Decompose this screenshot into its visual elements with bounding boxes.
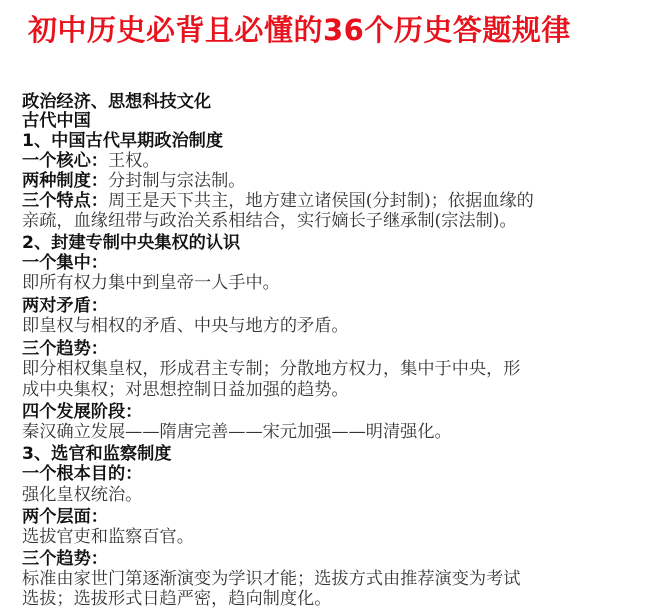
line-heading: 一个根本目的： [22,464,142,484]
document-line: 3、选官和监察制度 [22,444,171,464]
line-text: 选拔官吏和监察百官。 [22,527,194,547]
document-line: 一个集中： [22,253,108,273]
document-line: 一个核心：王权。 [22,151,160,171]
document-line: 亲疏，血缘纽带与政治关系相结合，实行嫡长子继承制(宗法制)。 [22,211,517,231]
line-text: 即所有权力集中到皇帝一人手中。 [22,273,280,293]
document-line: 秦汉确立发展——隋唐完善——宋元加强——明清强化。 [22,422,452,442]
line-heading: 四个发展阶段： [22,402,142,422]
document-line: 标准由家世门第逐渐演变为学识才能；选拔方式由推荐演变为考试 [22,569,520,589]
line-text: 分封制与宗法制。 [108,171,246,191]
document-line: 两对矛盾： [22,296,108,316]
document-line: 1、中国古代早期政治制度 [22,131,223,151]
line-text: 即分相权集皇权，形成君主专制；分散地方权力，集中于中央，形 [22,359,520,379]
line-text: 周王是天下共主，地方建立诸侯国(分封制)；依据血缘的 [108,191,534,211]
line-heading: 两种制度： [22,171,108,191]
document-line: 强化皇权统治。 [22,485,142,505]
document-line: 两种制度：分封制与宗法制。 [22,171,245,191]
document-line: 三个趋势： [22,549,108,569]
line-heading: 三个趋势： [22,339,108,359]
document-line: 2、封建专制中央集权的认识 [22,233,240,253]
document-line: 三个特点：周王是天下共主，地方建立诸侯国(分封制)；依据血缘的 [22,191,534,211]
document-line: 即所有权力集中到皇帝一人手中。 [22,273,280,293]
document-line: 三个趋势： [22,339,108,359]
document-title: 初中历史必背且必懂的36个历史答题规律 [28,8,571,49]
line-heading: 三个特点： [22,191,108,211]
line-heading: 2、封建专制中央集权的认识 [22,233,240,253]
line-text: 秦汉确立发展——隋唐完善——宋元加强——明清强化。 [22,422,452,442]
document-line: 即皇权与相权的矛盾、中央与地方的矛盾。 [22,316,349,336]
document-line: 政治经济、思想科技文化 [22,92,211,112]
line-text: 王权。 [108,151,160,171]
line-heading: 一个集中： [22,253,108,273]
line-heading: 政治经济、思想科技文化 [22,92,211,112]
line-text: 选拔；选拔形式日趋严密，趋向制度化。 [22,589,331,609]
line-text: 标准由家世门第逐渐演变为学识才能；选拔方式由推荐演变为考试 [22,569,520,589]
line-heading: 1、中国古代早期政治制度 [22,131,223,151]
line-heading: 古代中国 [22,111,91,131]
document-line: 一个根本目的： [22,464,142,484]
line-text: 成中央集权；对思想控制日益加强的趋势。 [22,380,349,400]
document-line: 选拔；选拔形式日趋严密，趋向制度化。 [22,589,331,609]
line-heading: 一个核心： [22,151,108,171]
line-heading: 三个趋势： [22,549,108,569]
line-text: 即皇权与相权的矛盾、中央与地方的矛盾。 [22,316,349,336]
line-text: 强化皇权统治。 [22,485,142,505]
document-line: 两个层面： [22,507,108,527]
document-line: 四个发展阶段： [22,402,142,422]
line-heading: 两对矛盾： [22,296,108,316]
document-line: 古代中国 [22,111,91,131]
document-line: 即分相权集皇权，形成君主专制；分散地方权力，集中于中央，形 [22,359,520,379]
line-heading: 3、选官和监察制度 [22,444,171,464]
document-line: 成中央集权；对思想控制日益加强的趋势。 [22,380,349,400]
line-text: 亲疏，血缘纽带与政治关系相结合，实行嫡长子继承制(宗法制)。 [22,211,517,231]
line-heading: 两个层面： [22,507,108,527]
document-line: 选拔官吏和监察百官。 [22,527,194,547]
